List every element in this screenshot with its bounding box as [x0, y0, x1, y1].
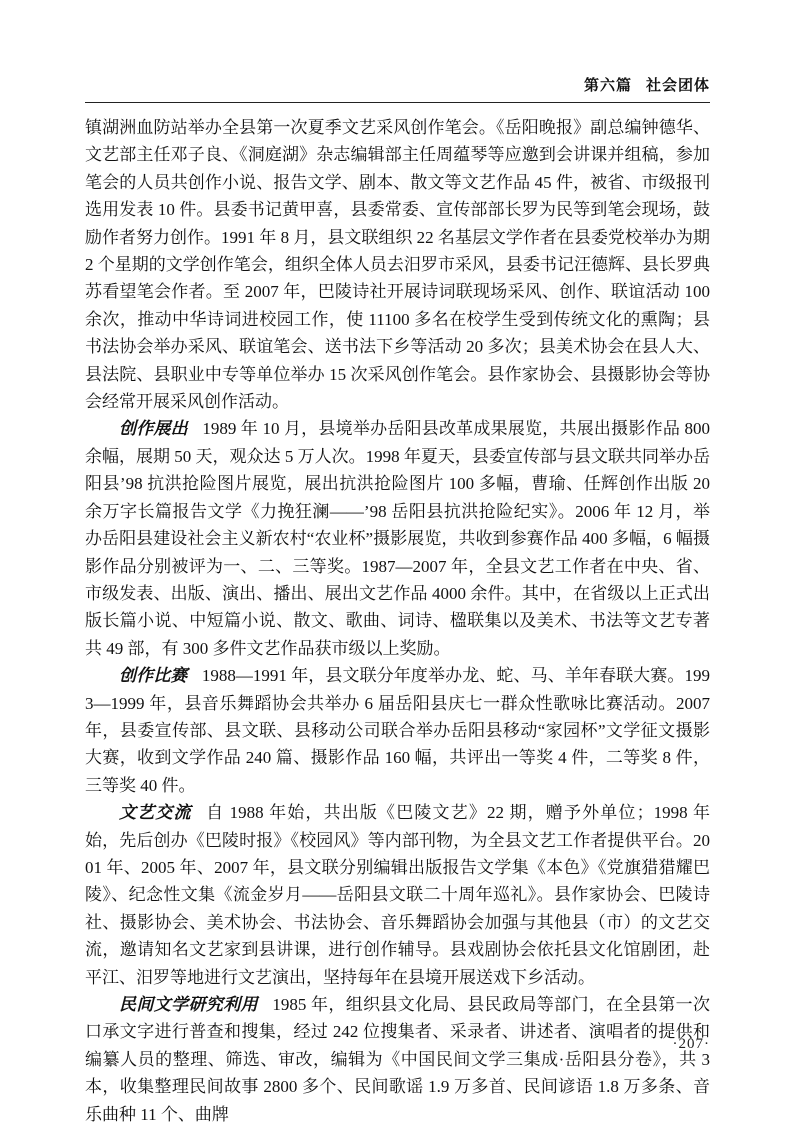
document-page: 第六篇社会团体 镇湖洲血防站举办全县第一次夏季文艺采风创作笔会。《岳阳晚报》副总…: [0, 0, 793, 1122]
running-head: 第六篇社会团体: [85, 74, 710, 95]
paragraph-lead: 创作展出: [119, 419, 202, 438]
paragraph-art-exchange: 文艺交流自 1988 年始，共出版《巴陵文艺》22 期，赠予外单位；1998 年…: [85, 799, 710, 991]
running-head-chapter: 第六篇: [584, 77, 632, 94]
body-text: 镇湖洲血防站举办全县第一次夏季文艺采风创作笔会。《岳阳晚报》副总编钟德华、文艺部…: [85, 114, 710, 1122]
paragraph-lead: 文艺交流: [119, 803, 206, 822]
paragraph-creation-exhibition: 创作展出1989 年 10 月，县境举办岳阳县改革成果展览，共展出摄影作品 80…: [85, 415, 710, 662]
paragraph-text: 1988—1991 年，县文联分年度举办龙、蛇、马、羊年春联大赛。1993—19…: [85, 666, 710, 795]
header-rule: [85, 102, 710, 103]
running-head-section: 社会团体: [646, 77, 710, 94]
paragraph-creation-contest: 创作比赛1988—1991 年，县文联分年度举办龙、蛇、马、羊年春联大赛。199…: [85, 662, 710, 799]
page-number: ·207·: [673, 1036, 711, 1053]
paragraph-text: 1985 年，组织县文化局、县民政局等部门，在全县第一次口承文字进行普查和搜集，…: [85, 995, 710, 1122]
paragraph-text: 镇湖洲血防站举办全县第一次夏季文艺采风创作笔会。《岳阳晚报》副总编钟德华、文艺部…: [85, 118, 710, 411]
paragraph-folk-literature: 民间文学研究利用1985 年，组织县文化局、县民政局等部门，在全县第一次口承文字…: [85, 991, 710, 1122]
paragraph-lead: 创作比赛: [119, 666, 202, 685]
paragraph-continuation: 镇湖洲血防站举办全县第一次夏季文艺采风创作笔会。《岳阳晚报》副总编钟德华、文艺部…: [85, 114, 710, 415]
paragraph-text: 1989 年 10 月，县境举办岳阳县改革成果展览，共展出摄影作品 800 余幅…: [85, 419, 710, 657]
paragraph-text: 自 1988 年始，共出版《巴陵文艺》22 期，赠予外单位；1998 年始，先后…: [85, 803, 710, 986]
paragraph-lead: 民间文学研究利用: [119, 995, 272, 1014]
